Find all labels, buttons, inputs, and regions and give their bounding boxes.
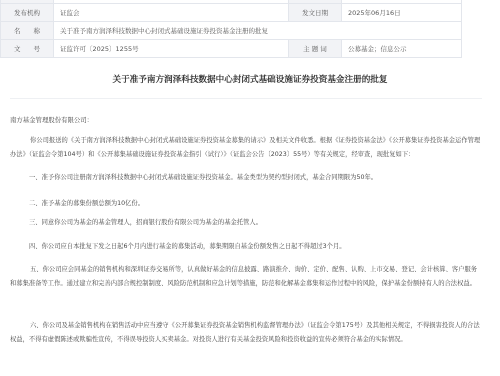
item-1: 一、准予你公司注册南方润泽科技数据中心封闭式基础设施证券投资基金。基金类型为契约… [29, 172, 377, 181]
meta-row-issuer: 发布机构 证监会 发文日期 2025年06月16日 [1, 4, 462, 22]
topic-label: 主 题 词 [289, 40, 342, 58]
docno-value: 证监许可〔2025〕1255号 [54, 40, 289, 58]
meta-row-docno: 文 号 证监许可〔2025〕1255号 主 题 词 公募基金；信息公示 [1, 40, 462, 58]
item-5-paragraph: 五、你公司应会同基金的销售机构和深圳证券交易所等，认真做好基金的信息披露、路演推… [10, 263, 482, 292]
topic-value: 公募基金；信息公示 [342, 40, 462, 58]
issuer-label: 发布机构 [1, 4, 54, 22]
document-title: 关于准予南方润泽科技数据中心封闭式基础设施证券投资基金注册的批复 [0, 73, 500, 85]
item-4: 四、你公司应自本批复下发之日起6个月内进行基金的募集活动，募集期限自基金份额发售… [29, 241, 346, 250]
title-divider [10, 98, 482, 99]
date-value: 2025年06月16日 [342, 4, 462, 22]
item-3: 三、同意你公司为基金的基金管理人，招商银行股份有限公司为基金的基金托管人。 [29, 217, 262, 226]
name-label: 名 称 [1, 22, 54, 40]
issuer-value: 证监会 [54, 4, 289, 22]
docno-label: 文 号 [1, 40, 54, 58]
item-6-paragraph: 六、你公司及基金销售机构在销售活动中应当遵守《公开募集证券投资基金销售机构监督管… [10, 319, 482, 348]
document-metadata-table: 发布机构 证监会 发文日期 2025年06月16日 名 称 关于准予南方润泽科技… [0, 0, 462, 58]
name-value: 关于准予南方润泽科技数据中心封闭式基础设施证券投资基金注册的批复 [54, 22, 462, 40]
item-2: 二、准予基金的募集份额总额为10亿份。 [29, 198, 144, 207]
intro-paragraph: 你公司报送的《关于南方润泽科技数据中心封闭式基础设施证券投资基金募集的请示》及相… [10, 134, 482, 163]
meta-row-name: 名 称 关于准予南方润泽科技数据中心封闭式基础设施证券投资基金注册的批复 [1, 22, 462, 40]
date-label: 发文日期 [289, 4, 342, 22]
addressee: 南方基金管理股份有限公司： [10, 115, 93, 124]
